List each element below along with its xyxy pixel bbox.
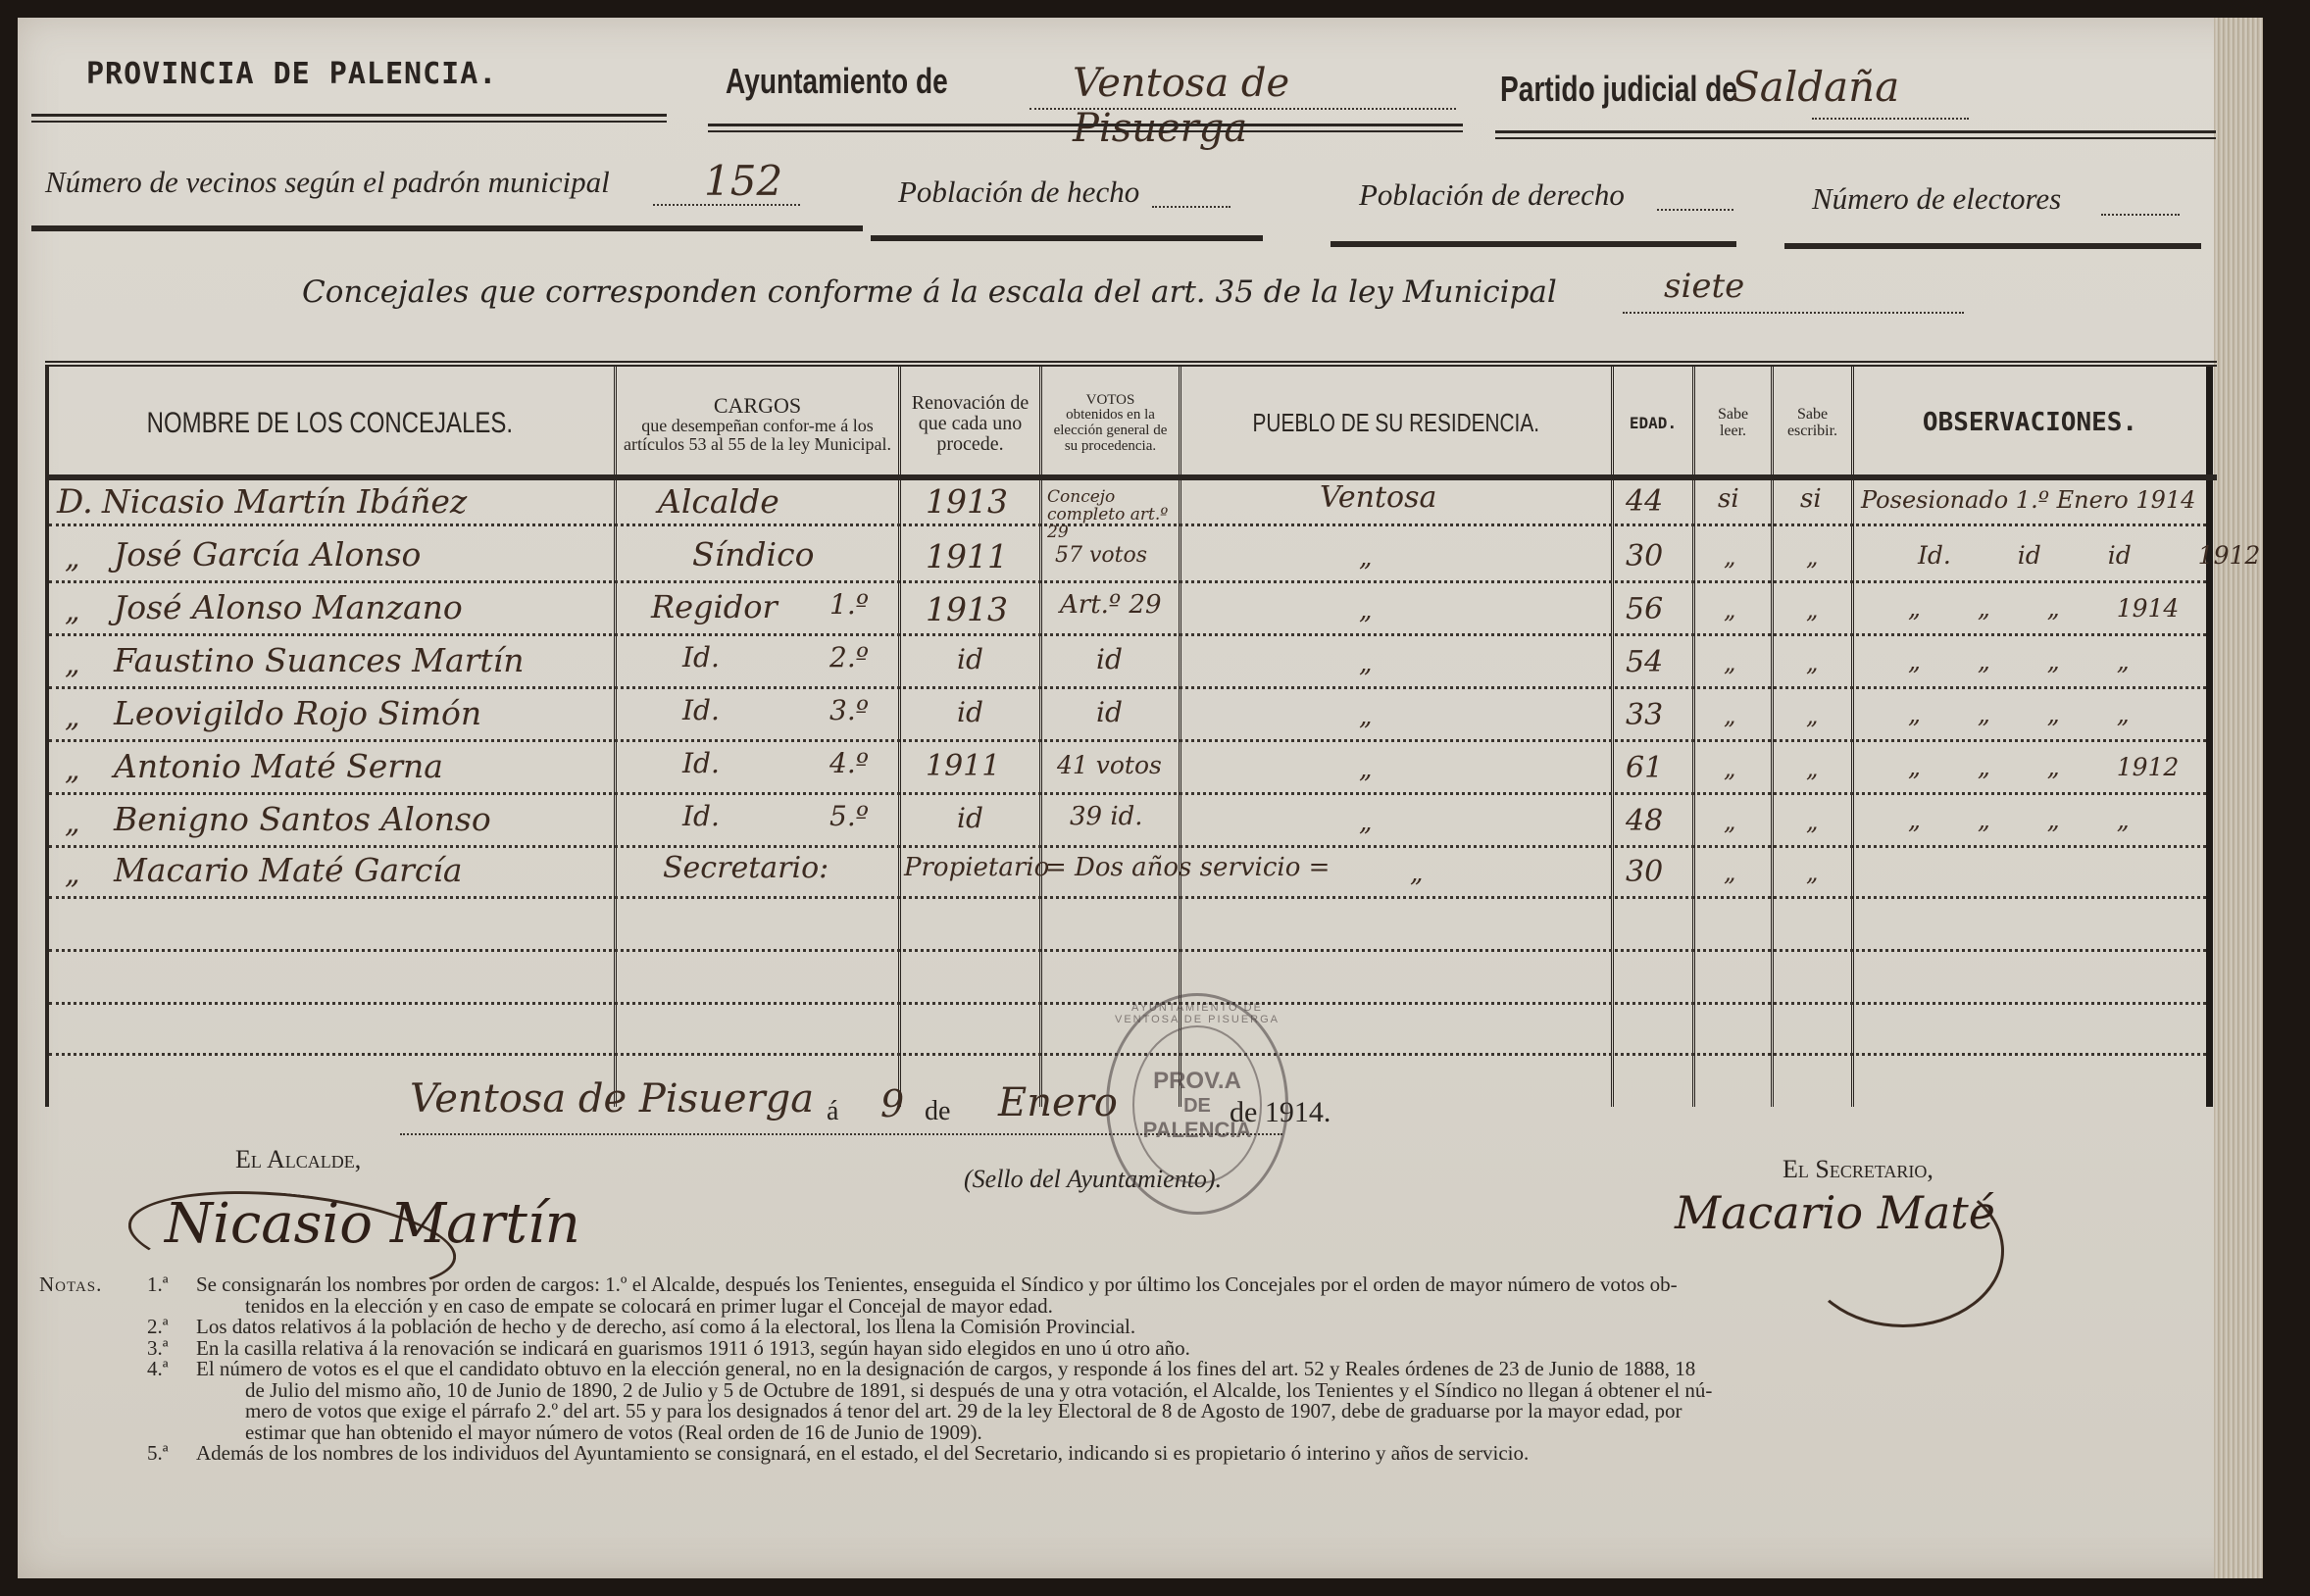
divider bbox=[871, 235, 1263, 241]
renovacion-cell: 1911 bbox=[926, 749, 1000, 783]
edad-cell: 33 bbox=[1626, 698, 1663, 732]
nombre-cell: Benigno Santos Alonso bbox=[114, 800, 491, 838]
leer-cell: „ bbox=[1724, 755, 1735, 782]
header-nombre: NOMBRE DE LOS CONCEJALES. bbox=[45, 374, 614, 473]
votos-cell: = Dos años servicio = bbox=[1045, 853, 1330, 882]
observaciones-cell: „ „ „ „ bbox=[1908, 700, 2130, 728]
edad-cell: 56 bbox=[1626, 592, 1663, 626]
observaciones-cell: „ „ „ „ bbox=[1908, 647, 2130, 675]
nombre-cell: José Alonso Manzano bbox=[114, 588, 463, 626]
escribir-cell: „ bbox=[1806, 702, 1818, 729]
cargo-cell: Id. bbox=[682, 641, 720, 673]
observaciones-cell: Id. id id 1912 bbox=[1918, 541, 2260, 570]
nombre-cell: José García Alonso bbox=[114, 535, 421, 574]
escribir-cell: „ bbox=[1806, 859, 1818, 886]
concejales-label: Concejales que corresponden conforme á l… bbox=[302, 274, 1557, 310]
notes-label: Notas. bbox=[39, 1274, 147, 1296]
divider bbox=[1495, 130, 2216, 139]
renovacion-cell: id bbox=[957, 696, 983, 728]
secretario-signature: Macario Maté bbox=[1675, 1186, 1995, 1239]
observaciones-cell: „ „ „ „ bbox=[1908, 806, 2130, 834]
edad-cell: 61 bbox=[1626, 751, 1663, 785]
renovacion-cell: id bbox=[957, 802, 983, 834]
pueblo-cell: „ bbox=[1359, 543, 1372, 573]
vecinos-value: 152 bbox=[704, 157, 782, 205]
municipal-seal: AYUNTAMIENTO DE VENTOSA DE PISUERGA PROV… bbox=[1106, 993, 1288, 1215]
observaciones-cell: Posesionado 1.º Enero 1914 bbox=[1861, 486, 2195, 514]
divider bbox=[708, 124, 1463, 132]
header-edad: EDAD. bbox=[1614, 374, 1692, 473]
edad-cell: 48 bbox=[1626, 804, 1663, 838]
cargo-num-cell: 1.º bbox=[829, 588, 869, 621]
escribir-cell: „ bbox=[1806, 649, 1818, 676]
vecinos-field: 152 bbox=[653, 182, 800, 206]
ayuntamiento-field: Ventosa de Pisuerga bbox=[1029, 67, 1456, 110]
pueblo-cell: „ bbox=[1359, 808, 1372, 837]
escribir-cell: „ bbox=[1806, 808, 1818, 835]
concejales-table: NOMBRE DE LOS CONCEJALES. CARGOS que des… bbox=[45, 361, 2217, 1107]
votos-cell: 39 id. bbox=[1070, 802, 1143, 831]
header-renovacion: Renovación de que cada uno procede. bbox=[901, 374, 1039, 473]
divider bbox=[31, 114, 667, 123]
notes-section: Notas. 1.ª Se consignarán los nombres po… bbox=[39, 1274, 2226, 1465]
note-item: 5.ª Además de los nombres de los individ… bbox=[39, 1443, 2226, 1465]
header-observaciones: OBSERVACIONES. bbox=[1854, 374, 2206, 473]
month-value: Enero bbox=[998, 1080, 1118, 1125]
cargo-cell: Regidor bbox=[651, 588, 778, 625]
edad-cell: 44 bbox=[1626, 484, 1663, 519]
document-page: PROVINCIA DE PALENCIA. Ayuntamiento de V… bbox=[18, 18, 2263, 1578]
renovacion-cell: 1913 bbox=[926, 482, 1008, 521]
cargo-cell: Síndico bbox=[692, 535, 814, 574]
ayuntamiento-value: Ventosa de Pisuerga bbox=[1073, 61, 1456, 151]
header-cargos: CARGOS que desempeñan confor-me á los ar… bbox=[617, 374, 898, 473]
renovacion-cell: 1913 bbox=[926, 590, 1008, 628]
day-value: 9 bbox=[880, 1082, 904, 1125]
electores-label: Número de electores bbox=[1812, 181, 2061, 217]
escribir-cell: „ bbox=[1806, 755, 1818, 782]
pueblo-cell: „ bbox=[1359, 596, 1372, 625]
leer-cell: si bbox=[1718, 484, 1739, 514]
votos-cell: id bbox=[1096, 643, 1123, 675]
ayuntamiento-label: Ayuntamiento de bbox=[726, 61, 948, 102]
renovacion-cell: id bbox=[957, 643, 983, 675]
leer-cell: „ bbox=[1724, 808, 1735, 835]
pueblo-cell: „ bbox=[1359, 702, 1372, 731]
edad-cell: 30 bbox=[1626, 539, 1663, 574]
cargo-cell: Alcalde bbox=[658, 482, 779, 521]
provincia-title: PROVINCIA DE PALENCIA. bbox=[86, 57, 497, 91]
leer-cell: „ bbox=[1724, 859, 1735, 886]
edad-cell: 30 bbox=[1626, 855, 1663, 889]
poblacion-hecho-label: Población de hecho bbox=[898, 175, 1139, 210]
note-item: 2.ª Los datos relativos á la población d… bbox=[39, 1317, 2226, 1338]
cargo-num-cell: 3.º bbox=[829, 694, 869, 726]
observaciones-cell: „ „ „ 1914 bbox=[1908, 594, 2179, 623]
date-a: á bbox=[827, 1096, 838, 1127]
poblacion-hecho-field bbox=[1152, 196, 1230, 208]
leer-cell: „ bbox=[1724, 596, 1735, 623]
header-pueblo: PUEBLO DE SU RESIDENCIA. bbox=[1181, 374, 1611, 473]
cargo-num-cell: 5.º bbox=[829, 800, 869, 832]
leer-cell: „ bbox=[1724, 543, 1735, 571]
divider bbox=[1331, 241, 1736, 247]
votos-cell: 41 votos bbox=[1057, 751, 1162, 779]
header-divider bbox=[45, 474, 2217, 480]
cargo-cell: Secretario: bbox=[663, 851, 829, 885]
pueblo-cell: Ventosa bbox=[1320, 480, 1436, 515]
partido-label: Partido judicial de bbox=[1500, 69, 1737, 110]
cargo-num-cell: 4.º bbox=[829, 747, 869, 779]
pueblo-cell: „ bbox=[1410, 859, 1423, 888]
nombre-cell: Antonio Maté Serna bbox=[114, 747, 443, 785]
escribir-cell: „ bbox=[1806, 596, 1818, 623]
concejales-field: siete bbox=[1623, 302, 1964, 314]
partido-field: Saldaña bbox=[1812, 75, 1969, 120]
nombre-cell: Leovigildo Rojo Simón bbox=[114, 694, 481, 732]
renovacion-cell: Propietario bbox=[904, 853, 1049, 882]
pueblo-cell: „ bbox=[1359, 755, 1372, 784]
date-de: de bbox=[925, 1096, 950, 1127]
votos-cell: Art.º 29 bbox=[1060, 590, 1162, 620]
header-sabe-escribir: Sabe escribir. bbox=[1774, 374, 1851, 473]
votos-cell: 57 votos bbox=[1055, 543, 1147, 568]
escribir-cell: si bbox=[1800, 484, 1822, 514]
poblacion-derecho-field bbox=[1657, 199, 1733, 211]
observaciones-cell: „ „ „ 1912 bbox=[1908, 753, 2179, 781]
votos-cell: id bbox=[1096, 696, 1123, 728]
note-item: 3.ª En la casilla relativa á la renovaci… bbox=[39, 1338, 2226, 1360]
note-item: Notas. 1.ª Se consignarán los nombres po… bbox=[39, 1274, 2226, 1296]
partido-value: Saldaña bbox=[1732, 63, 1899, 111]
header-votos: VOTOS obtenidos en la elección general d… bbox=[1042, 374, 1179, 473]
renovacion-cell: 1911 bbox=[926, 537, 1008, 575]
alcalde-signature: Nicasio Martín bbox=[165, 1192, 580, 1256]
electores-field bbox=[2101, 204, 2180, 216]
cargo-num-cell: 2.º bbox=[829, 641, 869, 673]
edad-cell: 54 bbox=[1626, 645, 1663, 679]
divider bbox=[1784, 243, 2201, 249]
votos-cell: Concejo completo art.º 29 bbox=[1047, 488, 1180, 541]
place-value: Ventosa de Pisuerga bbox=[410, 1076, 814, 1122]
pueblo-cell: „ bbox=[1359, 649, 1372, 678]
divider bbox=[31, 225, 863, 231]
leer-cell: „ bbox=[1724, 702, 1735, 729]
leer-cell: „ bbox=[1724, 649, 1735, 676]
cargo-cell: Id. bbox=[682, 694, 720, 726]
note-item: 4.ª El número de votos es el que el cand… bbox=[39, 1359, 2226, 1380]
alcalde-label: El Alcalde, bbox=[235, 1145, 361, 1174]
header-sabe-leer: Sabe leer. bbox=[1695, 374, 1771, 473]
cargo-cell: Id. bbox=[682, 747, 720, 779]
nombre-cell: Faustino Suances Martín bbox=[114, 641, 524, 679]
nombre-cell: Macario Maté García bbox=[114, 851, 463, 889]
escribir-cell: „ bbox=[1806, 543, 1818, 571]
cargo-cell: Id. bbox=[682, 800, 720, 832]
vecinos-label: Número de vecinos según el padrón munici… bbox=[45, 165, 610, 200]
concejales-value: siete bbox=[1664, 267, 1744, 306]
poblacion-derecho-label: Población de derecho bbox=[1359, 177, 1625, 213]
nombre-cell: Nicasio Martín Ibáñez bbox=[102, 482, 467, 521]
